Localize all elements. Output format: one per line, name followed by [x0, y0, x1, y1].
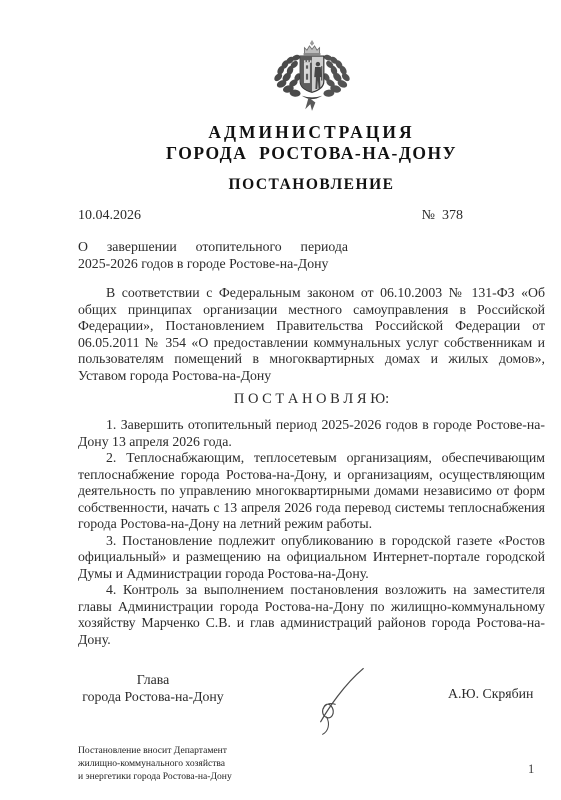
resolution-word: П О С Т А Н О В Л Я Ю:: [78, 391, 545, 408]
signature-block: Глава города Ростова-на-Дону А.Ю. Скряби…: [78, 672, 545, 744]
organization-name-line1: АДМИНИСТРАЦИЯ: [78, 122, 545, 143]
footer-note-line1: Постановление вносит Департамент: [78, 744, 232, 757]
organization-name-line2: ГОРОДА РОСТОВА-НА-ДОНУ: [78, 143, 545, 164]
document-date: 10.04.2026: [78, 207, 141, 224]
signatory-name: А.Ю. Скрябин: [448, 686, 533, 702]
subject-block: О завершении отопительного периода 2025-…: [78, 239, 348, 272]
subject-line1: О завершении отопительного периода: [78, 239, 348, 256]
resolution-items: 1. Завершить отопительный период 2025-20…: [78, 417, 545, 648]
signatory-position-line2: города Ростова-на-Дону: [78, 689, 228, 706]
preamble-paragraph: В соответствии с Федеральным законом от …: [78, 285, 545, 384]
signatory-position: Глава города Ростова-на-Дону: [78, 672, 228, 705]
resolution-item-1: 1. Завершить отопительный период 2025-20…: [78, 417, 545, 450]
handwritten-signature-icon: [311, 662, 369, 738]
document-content: АДМИНИСТРАЦИЯ ГОРОДА РОСТОВА-НА-ДОНУ ПОС…: [78, 0, 545, 744]
footer-note: Постановление вносит Департамент жилищно…: [78, 744, 232, 783]
footer-note-line3: и энергетики города Ростова-на-Дону: [78, 770, 232, 783]
footer-note-line2: жилищно-коммунального хозяйства: [78, 757, 232, 770]
resolution-item-4: 4. Контроль за выполнением постановления…: [78, 582, 545, 648]
document-type-title: ПОСТАНОВЛЕНИЕ: [78, 176, 545, 194]
page-number: 1: [528, 762, 534, 777]
document-number: № 378: [422, 207, 545, 224]
subject-line2: 2025-2026 годов в городе Ростове-на-Дону: [78, 256, 348, 273]
resolution-item-3: 3. Постановление подлежит опубликованию …: [78, 533, 545, 583]
signatory-position-line1: Глава: [78, 672, 228, 689]
date-number-row: 10.04.2026 № 378: [78, 207, 545, 224]
document-page: АДМИНИСТРАЦИЯ ГОРОДА РОСТОВА-НА-ДОНУ ПОС…: [0, 0, 561, 800]
resolution-item-2: 2. Теплоснабжающим, теплосетевым организ…: [78, 450, 545, 533]
coat-of-arms-icon: [268, 40, 356, 116]
